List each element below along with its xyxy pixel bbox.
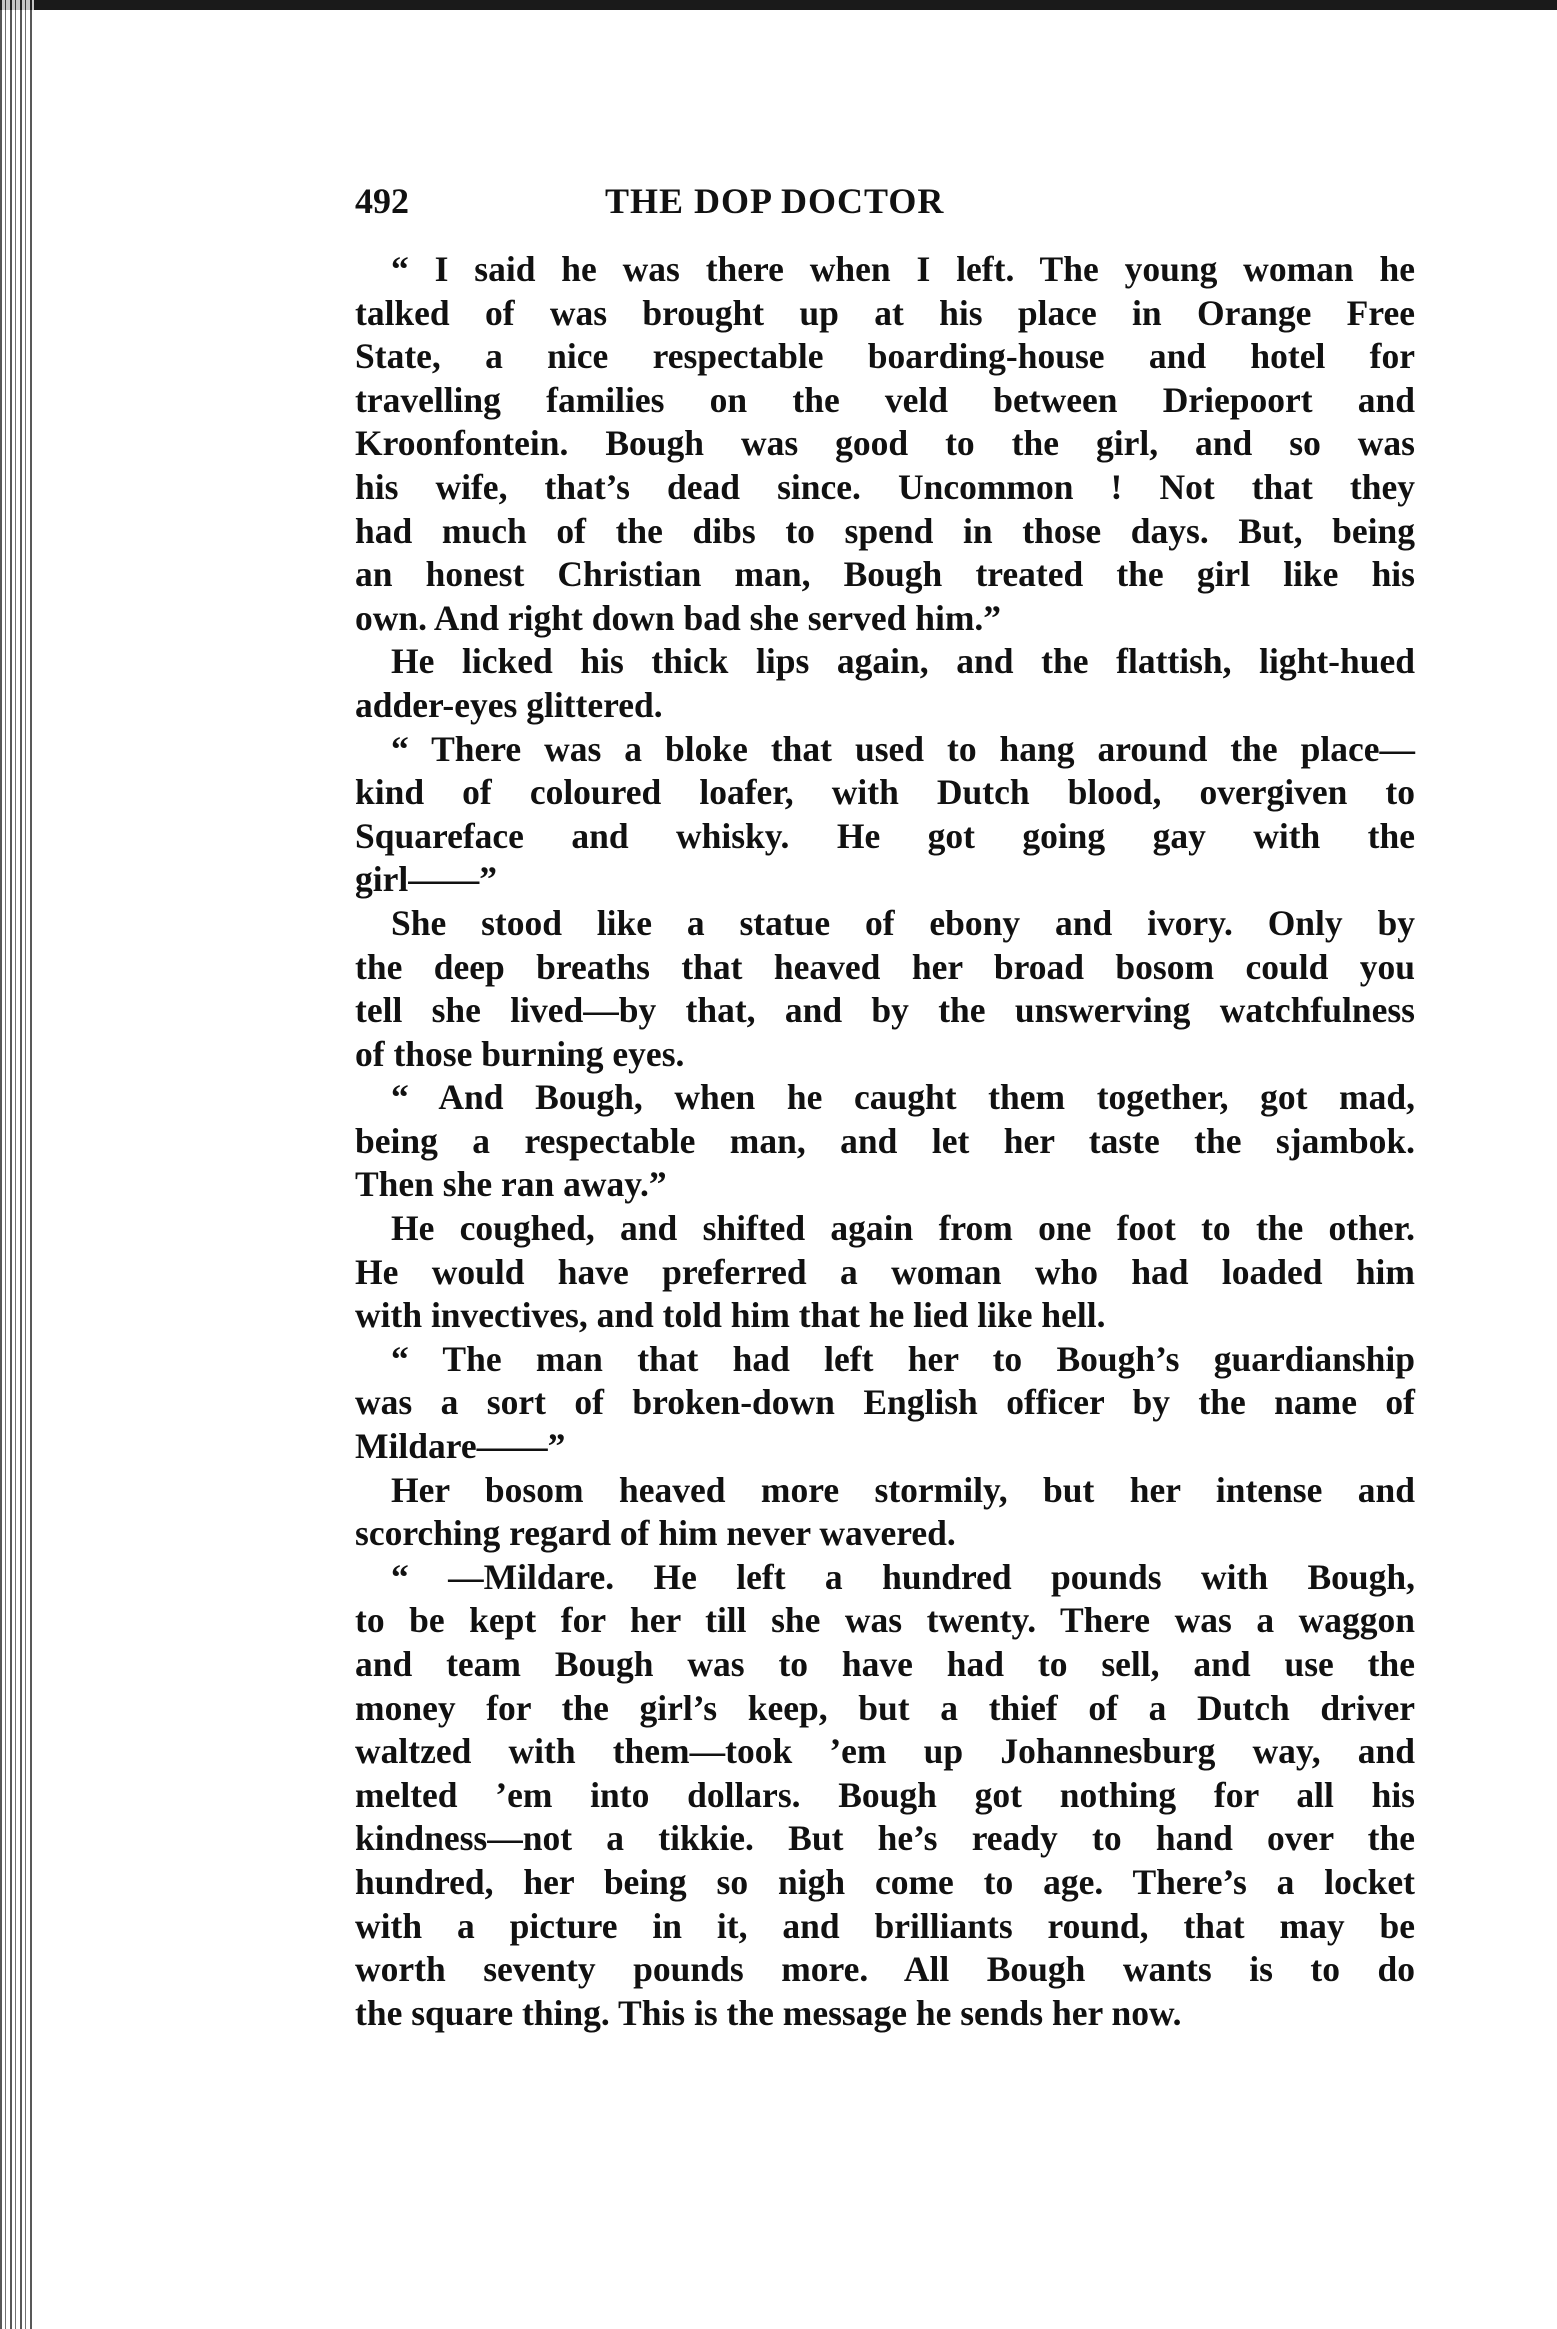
text-line: with a picture in it, and brilliants rou… xyxy=(355,1905,1415,1949)
text-line: being a respectable man, and let her tas… xyxy=(355,1120,1415,1164)
text-line: the square thing. This is the message he… xyxy=(355,1992,1415,2036)
paragraph: He coughed, and shifted again from one f… xyxy=(355,1207,1415,1338)
text-line: girl——” xyxy=(355,858,1415,902)
scan-binding-edge xyxy=(0,0,34,2329)
running-title: THE DOP DOCTOR xyxy=(605,180,944,222)
text-line: hundred, her being so nigh come to age. … xyxy=(355,1861,1415,1905)
scan-top-edge xyxy=(0,0,1557,10)
text-line: with invectives, and told him that he li… xyxy=(355,1294,1415,1338)
text-line: waltzed with them—took ’em up Johannesbu… xyxy=(355,1730,1415,1774)
paragraph: Her bosom heaved more stormily, but her … xyxy=(355,1469,1415,1556)
text-line: scorching regard of him never wavered. xyxy=(355,1512,1415,1556)
text-line: kind of coloured loafer, with Dutch bloo… xyxy=(355,771,1415,815)
text-line: He would have preferred a woman who had … xyxy=(355,1251,1415,1295)
text-line: worth seventy pounds more. All Bough wan… xyxy=(355,1948,1415,1992)
text-line: Kroonfontein. Bough was good to the girl… xyxy=(355,422,1415,466)
text-line: Squareface and whisky. He got going gay … xyxy=(355,815,1415,859)
text-line: his wife, that’s dead since. Uncommon ! … xyxy=(355,466,1415,510)
text-line: Mildare——” xyxy=(355,1425,1415,1469)
text-line: “ And Bough, when he caught them togethe… xyxy=(355,1076,1415,1120)
paragraph: “ And Bough, when he caught them togethe… xyxy=(355,1076,1415,1207)
book-page: 492 THE DOP DOCTOR “ I said he was there… xyxy=(355,180,1415,2035)
text-line: adder-eyes glittered. xyxy=(355,684,1415,728)
text-line: Her bosom heaved more stormily, but her … xyxy=(355,1469,1415,1513)
text-line: talked of was brought up at his place in… xyxy=(355,292,1415,336)
text-line: “ There was a bloke that used to hang ar… xyxy=(355,728,1415,772)
paragraph: She stood like a statue of ebony and ivo… xyxy=(355,902,1415,1076)
paragraph: He licked his thick lips again, and the … xyxy=(355,640,1415,727)
text-line: had much of the dibs to spend in those d… xyxy=(355,510,1415,554)
text-line: “ —Mildare. He left a hundred pounds wit… xyxy=(355,1556,1415,1600)
body-text: “ I said he was there when I left. The y… xyxy=(355,248,1415,2035)
paragraph: “ —Mildare. He left a hundred pounds wit… xyxy=(355,1556,1415,2036)
paragraph: “ There was a bloke that used to hang ar… xyxy=(355,728,1415,902)
text-line: kindness—not a tikkie. But he’s ready to… xyxy=(355,1817,1415,1861)
text-line: own. And right down bad she served him.” xyxy=(355,597,1415,641)
text-line: “ The man that had left her to Bough’s g… xyxy=(355,1338,1415,1382)
text-line: the deep breaths that heaved her broad b… xyxy=(355,946,1415,990)
text-line: travelling families on the veld between … xyxy=(355,379,1415,423)
paragraph: “ I said he was there when I left. The y… xyxy=(355,248,1415,640)
text-line: He coughed, and shifted again from one f… xyxy=(355,1207,1415,1251)
text-line: tell she lived—by that, and by the unswe… xyxy=(355,989,1415,1033)
text-line: money for the girl’s keep, but a thief o… xyxy=(355,1687,1415,1731)
text-line: to be kept for her till she was twenty. … xyxy=(355,1599,1415,1643)
text-line: She stood like a statue of ebony and ivo… xyxy=(355,902,1415,946)
page-header: 492 THE DOP DOCTOR xyxy=(355,180,1415,240)
text-line: an honest Christian man, Bough treated t… xyxy=(355,553,1415,597)
text-line: melted ’em into dollars. Bough got nothi… xyxy=(355,1774,1415,1818)
text-line: of those burning eyes. xyxy=(355,1033,1415,1077)
text-line: “ I said he was there when I left. The y… xyxy=(355,248,1415,292)
text-line: Then she ran away.” xyxy=(355,1163,1415,1207)
paragraph: “ The man that had left her to Bough’s g… xyxy=(355,1338,1415,1469)
text-line: He licked his thick lips again, and the … xyxy=(355,640,1415,684)
text-line: and team Bough was to have had to sell, … xyxy=(355,1643,1415,1687)
text-line: State, a nice respectable boarding-house… xyxy=(355,335,1415,379)
text-line: was a sort of broken-down English office… xyxy=(355,1381,1415,1425)
page-number: 492 xyxy=(355,180,605,222)
